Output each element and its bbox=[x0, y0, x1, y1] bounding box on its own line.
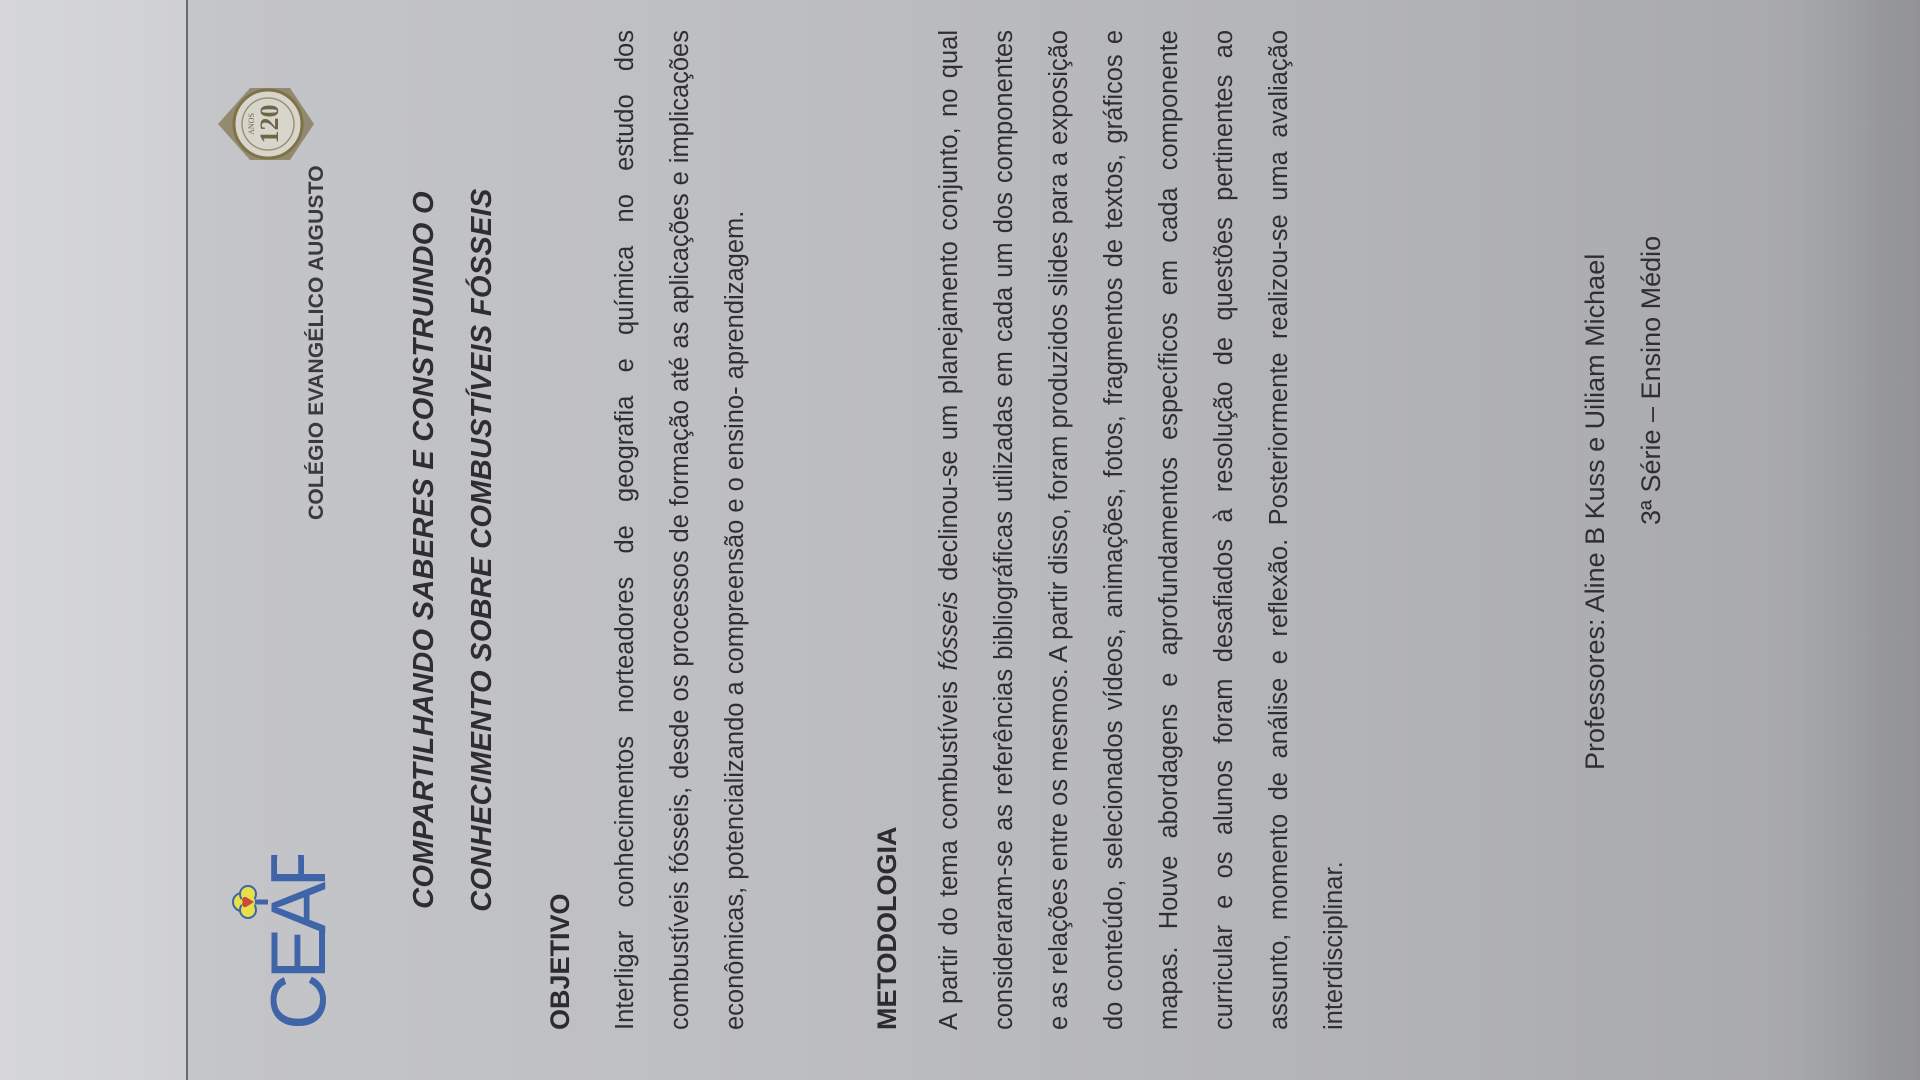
ceap-logo-icon: CEAP bbox=[230, 855, 340, 1030]
page-edge-line bbox=[186, 0, 188, 1080]
professors-line: Professores: Aline B Kuss e Uiliam Micha… bbox=[1580, 254, 1611, 770]
title-line-2: CONHECIMENTO SOBRE COMBUSTÍVEIS FÓSSEIS bbox=[453, 100, 511, 1000]
metodologia-text-start: A partir do tema combustíveis bbox=[935, 671, 963, 1030]
anniversary-seal-icon: 120 ANOS bbox=[210, 68, 322, 180]
school-name: COLÉGIO EVANGÉLICO AUGUSTO bbox=[305, 165, 329, 520]
document-title: COMPARTILHANDO SABERES E CONSTRUINDO O C… bbox=[395, 100, 511, 1000]
metodologia-text-rest: declinou-se um planejamento conjunto, no… bbox=[935, 30, 1348, 1030]
svg-text:120: 120 bbox=[255, 105, 284, 144]
title-line-1: COMPARTILHANDO SABERES E CONSTRUINDO O bbox=[395, 100, 453, 1000]
svg-text:CEAP: CEAP bbox=[254, 855, 340, 1030]
page-shadow bbox=[1800, 0, 1920, 1080]
svg-text:ANOS: ANOS bbox=[247, 113, 256, 135]
document-page: CEAP COLÉGIO EVANGÉLICO AUGUSTO 120 ANOS… bbox=[200, 0, 1800, 1060]
desk-background bbox=[0, 0, 186, 1080]
objetivo-paragraph: Interligar conhecimentos norteadores de … bbox=[598, 30, 763, 1030]
section-heading-objetivo: OBJETIVO bbox=[545, 893, 576, 1030]
section-heading-metodologia: METODOLOGIA bbox=[872, 826, 903, 1030]
page-header: CEAP COLÉGIO EVANGÉLICO AUGUSTO 120 ANOS bbox=[200, 0, 340, 1060]
metodologia-paragraph: A partir do tema combustíveis fósseis de… bbox=[922, 30, 1362, 1030]
grade-line: 3ª Série – Ensino Médio bbox=[1636, 236, 1667, 525]
metodologia-italic-term: fósseis bbox=[935, 591, 963, 670]
